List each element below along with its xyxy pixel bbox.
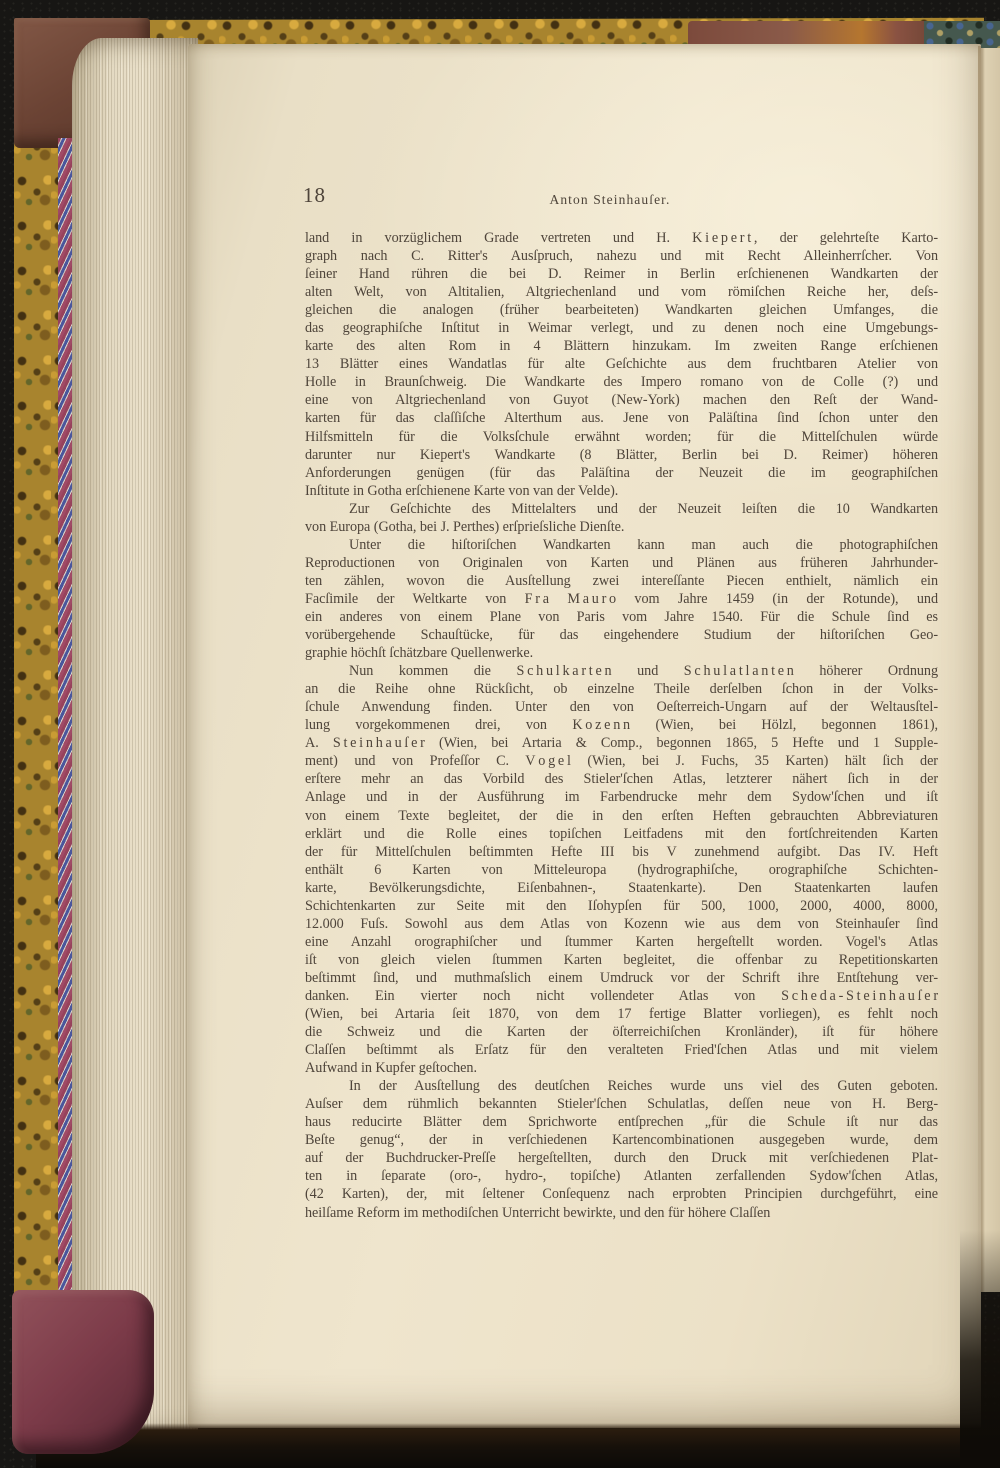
paragraph: Nun kommen die S c h u l k a r t e n und…	[305, 662, 938, 1077]
text-line: Schichtenkarten zur Seite mit den Iſohyp…	[305, 897, 938, 915]
text-line: karte, Bevölkerungsdichte, Eiſenbahnen-,…	[305, 879, 938, 897]
text-line: Zur Geſchichte des Mittelalters und der …	[305, 500, 938, 518]
text-line: auf der Buchdrucker-Preſſe hergeſtellten…	[305, 1149, 938, 1167]
text-line: Holle in Braunſchweig. Die Wandkarte des…	[305, 373, 938, 391]
text-line: Inſtitute in Gotha erſchienene Karte von…	[305, 482, 938, 500]
paragraph: Unter die hiſtoriſchen Wandkarten kann m…	[305, 536, 938, 662]
text-line: lung vorgekommenen drei, von K o z e n n…	[305, 716, 938, 734]
text-line: Reproductionen von Originalen von Karten…	[305, 554, 938, 572]
text-line: erklärt und die Rolle eines topiſchen Le…	[305, 825, 938, 843]
text-line: eine von Altgriechenland von Guyot (New-…	[305, 391, 938, 409]
text-line: der für Mittelſchulen beſtimmten Hefte I…	[305, 843, 938, 861]
text-line: das geographiſche Inſtitut in Weimar ver…	[305, 319, 938, 337]
text-line: danken. Ein vierter noch nicht vollendet…	[305, 987, 938, 1005]
photo-background: 18 Anton Steinhauſer. land in vorzüglich…	[0, 0, 1000, 1468]
text-line: Facſimile der Weltkarte von F r a M a u …	[305, 590, 938, 608]
running-header: Anton Steinhauſer.	[270, 192, 950, 208]
text-line: erſtere mehr an das Vorbild des Stieler'…	[305, 770, 938, 788]
text-line: (42 Karten), der, mit ſeltener Conſequen…	[305, 1185, 938, 1203]
text-line: 12.000 Fuſs. Sowohl aus dem Atlas von Ko…	[305, 915, 938, 933]
text-line: vorübergehende Schauſtücke, für das eing…	[305, 626, 938, 644]
text-line: graph nach C. Ritter's Ausſpruch, nahezu…	[305, 247, 938, 265]
text-line: heilſame Reform im methodiſchen Unterric…	[305, 1204, 938, 1222]
text-line: gleichen die analogen (früher bearbeitet…	[305, 301, 938, 319]
text-block: land in vorzüglichem Grade vertreten und…	[305, 229, 938, 1222]
text-line: Anforderungen genügen (für das Paläſtina…	[305, 464, 938, 482]
text-line: von Europa (Gotha, bei J. Perthes) erſpr…	[305, 518, 938, 536]
text-line: (Wien, bei Artaria ſeit 1870, von dem 17…	[305, 1005, 938, 1023]
text-line: 13 Blätter eines Wandatlas für alte Geſc…	[305, 355, 938, 373]
text-line: die Schweiz und die Karten der öſterreic…	[305, 1023, 938, 1041]
text-line: ein anderes von einem Plane von Paris vo…	[305, 608, 938, 626]
text-line: darunter nur Kiepert's Wandkarte (8 Blät…	[305, 446, 938, 464]
gutter-bottom-shadow	[960, 1230, 1000, 1468]
page-stack	[72, 38, 198, 1438]
text-line: ſchule Anwendung finden. Unter den von O…	[305, 698, 938, 716]
text-line: an die Reihe ohne Rückſicht, ob einzelne…	[305, 680, 938, 698]
text-line: haus reducirte Blätter dem Sprichworte e…	[305, 1113, 938, 1131]
paragraph: land in vorzüglichem Grade vertreten und…	[305, 229, 938, 500]
leather-corner-bottom-left	[12, 1290, 154, 1454]
text-line: A. S t e i n h a u ſ e r (Wien, bei Arta…	[305, 734, 938, 752]
text-line: land in vorzüglichem Grade vertreten und…	[305, 229, 938, 247]
text-line: Claſſen beſtimmt als Erſatz für den vera…	[305, 1041, 938, 1059]
text-line: iſt von gleich vielen ſtummen Karten beg…	[305, 951, 938, 969]
under-page-shadow	[36, 1400, 1000, 1468]
text-line: alten Welt, von Altitalien, Altgriechenl…	[305, 283, 938, 301]
text-line: Nun kommen die S c h u l k a r t e n und…	[305, 662, 938, 680]
text-line: graphie höchſt ſchätzbare Quellenwerke.	[305, 644, 938, 662]
text-line: Auſser dem rühmlich bekannten Stieler'ſc…	[305, 1095, 938, 1113]
text-line: In der Ausſtellung des deutſchen Reiches…	[305, 1077, 938, 1095]
text-line: Beſte genug“, der in verſchiedenen Karte…	[305, 1131, 938, 1149]
text-line: ment) und von Profeſſor C. V o g e l (Wi…	[305, 752, 938, 770]
text-line: Anlage und in der Ausführung im Farbendr…	[305, 788, 938, 806]
paragraph: In der Ausſtellung des deutſchen Reiches…	[305, 1077, 938, 1221]
text-line: ten zählen, wovon die Ausſtellung zwei i…	[305, 572, 938, 590]
text-line: von einem Texte begleitet, der die in de…	[305, 807, 938, 825]
gutter-crease	[978, 46, 981, 1286]
text-line: Aufwand in Kupfer geſtochen.	[305, 1059, 938, 1077]
text-line: ſeiner Hand rühren die bei D. Reimer in …	[305, 265, 938, 283]
text-line: ten in ſeparate (oro-, hydro-, topiſche)…	[305, 1167, 938, 1185]
text-line: karte des alten Rom in 4 Blättern hinzuk…	[305, 337, 938, 355]
text-line: Hilfsmitteln für die Volksſchule erwähnt…	[305, 428, 938, 446]
text-line: karten für das claſſiſche Alterthum aus.…	[305, 409, 938, 427]
text-line: beſtimmt ſind, und muthmaſslich einem Um…	[305, 969, 938, 987]
text-line: enthält 6 Karten von Mitteleuropa (hydro…	[305, 861, 938, 879]
text-line: eine Anzahl orographiſcher und ſtummer K…	[305, 933, 938, 951]
paragraph: Zur Geſchichte des Mittelalters und der …	[305, 500, 938, 536]
adjacent-page-edge	[981, 48, 1000, 1292]
text-line: Unter die hiſtoriſchen Wandkarten kann m…	[305, 536, 938, 554]
